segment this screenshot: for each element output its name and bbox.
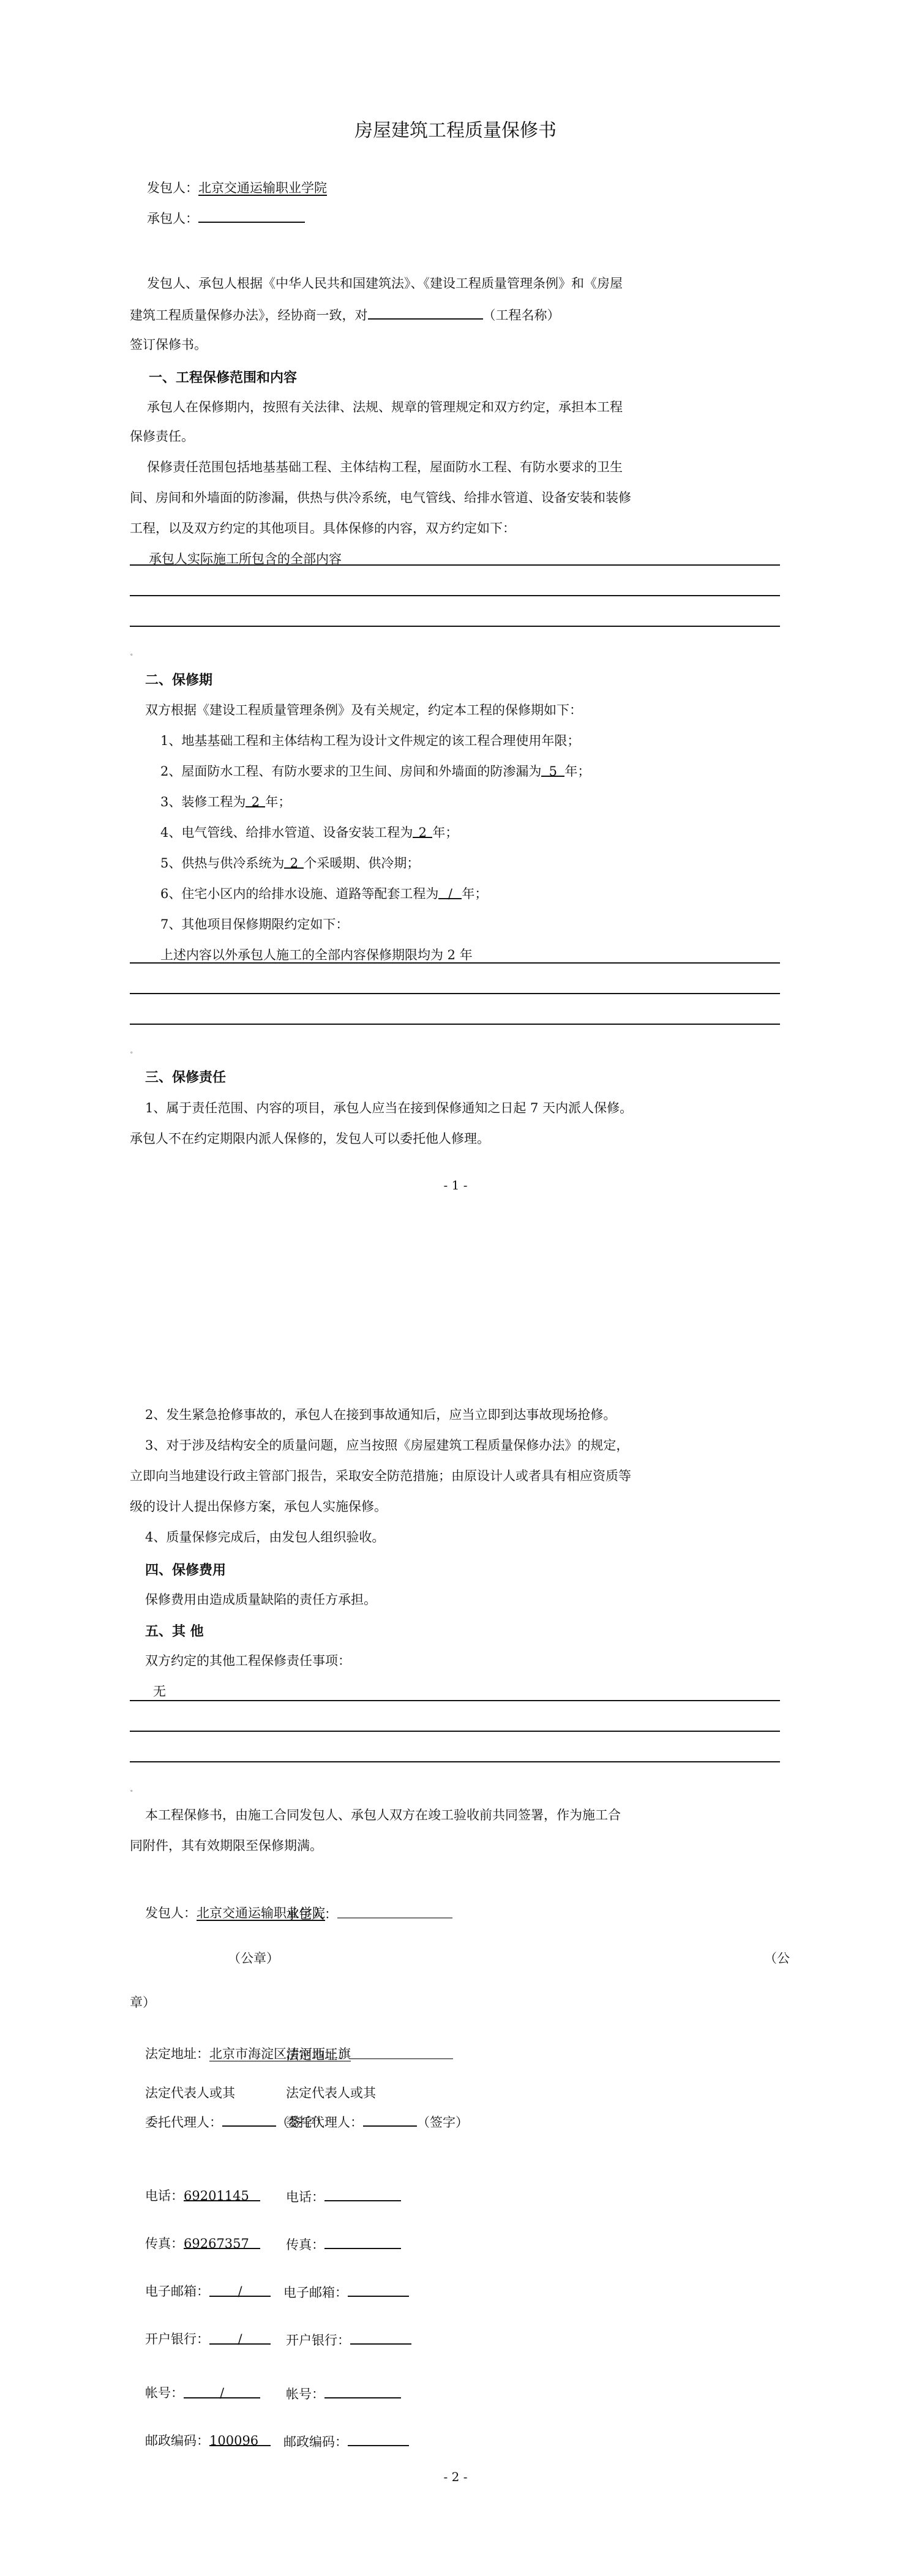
section5-intro: 双方约定的其他工程保修责任事项： [145, 1652, 351, 1670]
item-unit: 年； [462, 886, 487, 901]
waterproof-years-field[interactable]: 5 [541, 762, 564, 777]
item-text: 5、供热与供冷系统为 [160, 856, 284, 871]
project-name-field[interactable] [368, 305, 483, 320]
contractor-line: 承包人： [147, 208, 305, 228]
section3-p4: 4、质量保修完成后，由发包人组织验收。 [145, 1528, 384, 1546]
section3-p3-line1: 3、对于涉及结构安全的质量问题，应当按照《房屋建筑工程质量保修办法》的规定， [145, 1436, 629, 1455]
contractor-bank-field[interactable] [350, 2330, 411, 2345]
warranty-item-3: 3、装修工程为2年； [160, 793, 291, 811]
address-label: 法定地址： [145, 2046, 209, 2061]
fill-line[interactable] [130, 626, 780, 627]
contractor-phone-line: 电话： [286, 2187, 401, 2206]
contractor-seal-part2: 章） [130, 1993, 156, 2012]
electrical-years-field[interactable]: 2 [413, 823, 432, 838]
employer-email-field[interactable]: / [209, 2282, 271, 2297]
sign-contractor-field[interactable] [337, 1904, 452, 1919]
section3-p2: 2、发生紧急抢修事故的，承包人在接到事故通知后，应当立即到达事故现场抢修。 [145, 1406, 616, 1424]
fill-line[interactable] [130, 1024, 780, 1025]
employer-label: 发包人： [147, 181, 198, 195]
intro-line-1: 发包人、承包人根据《中华人民共和国建筑法》、《建设工程质量管理条例》和《房屋 [147, 274, 623, 293]
email-label: 电子邮箱： [145, 2284, 209, 2299]
contractor-agent-field[interactable] [363, 2112, 417, 2127]
item-unit: 年； [432, 825, 458, 840]
phone-label: 电话： [286, 2190, 324, 2204]
end-mark: 。 [130, 1784, 137, 1793]
contractor-account-field[interactable] [324, 2384, 401, 2398]
item-text: 4、电气管线、给排水管道、设备安装工程为 [160, 825, 413, 840]
contractor-rep-label: 法定代表人或其 [286, 2084, 376, 2102]
page-number-1: - 1 - [0, 1178, 911, 1193]
account-label: 帐号： [145, 2386, 184, 2400]
section3-p3-line3: 级的设计人提出保修方案，承包人实施保修。 [130, 1497, 387, 1516]
bank-label: 开户银行： [286, 2333, 350, 2348]
warranty-item-4: 4、电气管线、给排水管道、设备安装工程为2年； [160, 823, 458, 842]
section2-heading: 二、保修期 [145, 670, 212, 689]
community-years-field[interactable]: / [438, 885, 462, 899]
fax-label: 传真： [286, 2237, 324, 2252]
section2-fill-text[interactable]: 上述内容以外承包人施工的全部内容保修期限均为 2 年 [160, 946, 473, 964]
phone-label: 电话： [145, 2188, 184, 2203]
postcode-label: 邮政编码： [145, 2433, 209, 2448]
section1-p2-line1: 保修责任范围包括地基基础工程、主体结构工程，屋面防水工程、有防水要求的卫生 [147, 458, 623, 476]
contractor-phone-field[interactable] [324, 2187, 401, 2201]
employer-rep-label: 法定代表人或其 [145, 2084, 235, 2102]
bank-label: 开户银行： [145, 2332, 209, 2346]
section3-p1-line2: 承包人不在约定期限内派人保修的，发包人可以委托他人修理。 [130, 1129, 490, 1148]
page-number-2: - 2 - [0, 2469, 911, 2484]
section4-heading: 四、保修费用 [145, 1560, 226, 1579]
section1-p2-line3: 工程，以及双方约定的其他项目。具体保修的内容，双方约定如下： [130, 519, 515, 537]
closing-line-1: 本工程保修书，由施工合同发包人、承包人双方在竣工验收前共同签署，作为施工合 [145, 1806, 621, 1824]
sign-contractor-line: 承包人： [286, 1904, 452, 1923]
agent-label: 委托代理人： [145, 2115, 222, 2130]
employer-bank-line: 开户银行：/ [145, 2330, 271, 2348]
section1-p2-line2: 间、房间和外墙面的防渗漏，供热与供冷系统，电气管线、给排水管道、设备安装和装修 [130, 489, 631, 507]
section1-p1-line2: 保修责任。 [130, 427, 194, 446]
section3-p3-line2: 立即向当地建设行政主管部门报告，采取安全防范措施；由原设计人或者具有相应资质等 [130, 1467, 631, 1485]
item-unit: 个采暖期、供冷期； [304, 856, 419, 871]
sign-hint: （签字） [417, 2115, 468, 2130]
section4-text: 保修费用由造成质量缺陷的责任方承担。 [145, 1590, 377, 1609]
warranty-item-2: 2、屋面防水工程、有防水要求的卫生间、房间和外墙面的防渗漏为5年； [160, 762, 590, 781]
section1-heading: 一、工程保修范围和内容 [149, 367, 297, 386]
email-label: 电子邮箱： [283, 2285, 348, 2300]
item-unit: 年； [265, 795, 291, 809]
employer-seal: （公章） [228, 1949, 279, 1968]
contractor-agent-line: 委托代理人：（签字） [286, 2112, 468, 2132]
employer-bank-field[interactable]: / [209, 2330, 271, 2345]
contractor-postcode-line: 邮政编码： [283, 2432, 409, 2451]
fill-line[interactable] [130, 1731, 780, 1732]
decoration-years-field[interactable]: 2 [246, 793, 265, 807]
section3-heading: 三、保修责任 [145, 1067, 226, 1086]
contractor-email-field[interactable] [348, 2282, 409, 2297]
contractor-postcode-field[interactable] [348, 2432, 409, 2446]
item-unit: 年； [564, 764, 590, 779]
contractor-label: 承包人： [147, 211, 198, 226]
employer-fax-field[interactable]: 69267357 [184, 2234, 260, 2249]
employer-line: 发包人：北京交通运输职业学院 [147, 179, 327, 197]
end-mark: 。 [130, 1046, 137, 1055]
employer-value[interactable]: 北京交通运输职业学院 [198, 181, 327, 195]
fax-label: 传真： [145, 2236, 184, 2251]
warranty-item-7: 7、其他项目保修期限约定如下： [160, 915, 348, 934]
sign-contractor-label: 承包人： [286, 1907, 337, 1922]
employer-phone-field[interactable]: 69201145 [184, 2187, 260, 2201]
sign-employer-label: 发包人： [145, 1906, 197, 1920]
contractor-address-line: 法定地址： [286, 2045, 453, 2064]
intro-line-2-text: 建筑工程质量保修办法》，经协商一致，对 [130, 308, 368, 323]
section5-heading: 五、其 他 [145, 1621, 204, 1640]
intro-line-2: 建筑工程质量保修办法》，经协商一致，对（工程名称） [130, 305, 560, 324]
employer-account-field[interactable]: / [184, 2384, 260, 2398]
end-mark: 。 [130, 648, 137, 657]
fill-line[interactable] [130, 993, 780, 994]
section5-fill-text[interactable]: 无 [153, 1682, 166, 1701]
contractor-bank-line: 开户银行： [286, 2330, 411, 2349]
item-text: 3、装修工程为 [160, 795, 246, 809]
account-label: 帐号： [286, 2387, 324, 2402]
contractor-email-line: 电子邮箱： [283, 2282, 409, 2302]
contractor-seal-part1: （公 [764, 1949, 790, 1968]
item-text: 2、屋面防水工程、有防水要求的卫生间、房间和外墙面的防渗漏为 [160, 764, 541, 779]
contractor-fax-field[interactable] [324, 2234, 401, 2249]
closing-line-2: 同附件，其有效期限至保修期满。 [130, 1837, 323, 1855]
contractor-address-field[interactable] [350, 2045, 453, 2059]
contractor-fax-line: 传真： [286, 2234, 401, 2254]
employer-account-line: 帐号：/ [145, 2384, 260, 2402]
postcode-label: 邮政编码： [283, 2435, 348, 2449]
warranty-item-5: 5、供热与供冷系统为2个采暖期、供冷期； [160, 854, 419, 872]
warranty-item-1: 1、地基基础工程和主体结构工程为设计文件规定的该工程合理使用年限； [160, 732, 580, 750]
hvac-periods-field[interactable]: 2 [284, 854, 304, 869]
employer-postcode-field[interactable]: 100096 [209, 2432, 271, 2446]
intro-line-3: 签订保修书。 [130, 335, 207, 354]
fill-line[interactable] [130, 962, 780, 964]
section3-p1-line1: 1、属于责任范围、内容的项目，承包人应当在接到保修通知之日起 7 天内派人保修。 [145, 1099, 632, 1117]
employer-phone-line: 电话：69201145 [145, 2187, 260, 2205]
project-name-suffix: （工程名称） [483, 308, 560, 323]
employer-postcode-line: 邮政编码：100096 [145, 2432, 271, 2450]
contractor-account-line: 帐号： [286, 2384, 401, 2403]
section1-p1-line1: 承包人在保修期内，按照有关法律、法规、规章的管理规定和双方约定，承担本工程 [147, 398, 623, 416]
section2-intro: 双方根据《建设工程质量管理条例》及有关规定，约定本工程的保修期如下： [145, 701, 582, 719]
document-title: 房屋建筑工程质量保修书 [0, 115, 911, 142]
item-text: 6、住宅小区内的给排水设施、道路等配套工程为 [160, 886, 438, 901]
employer-email-line: 电子邮箱：/ [145, 2282, 271, 2301]
employer-agent-field[interactable] [222, 2112, 276, 2127]
contractor-field[interactable] [198, 208, 305, 223]
fill-line[interactable] [130, 595, 780, 596]
fill-line[interactable] [130, 1700, 780, 1701]
fill-line[interactable] [130, 1761, 780, 1762]
warranty-item-6: 6、住宅小区内的给排水设施、道路等配套工程为/年； [160, 885, 487, 903]
fill-line[interactable] [130, 564, 780, 566]
agent-label: 委托代理人： [286, 2115, 363, 2130]
employer-fax-line: 传真：69267357 [145, 2234, 260, 2253]
address-label: 法定地址： [286, 2048, 350, 2062]
